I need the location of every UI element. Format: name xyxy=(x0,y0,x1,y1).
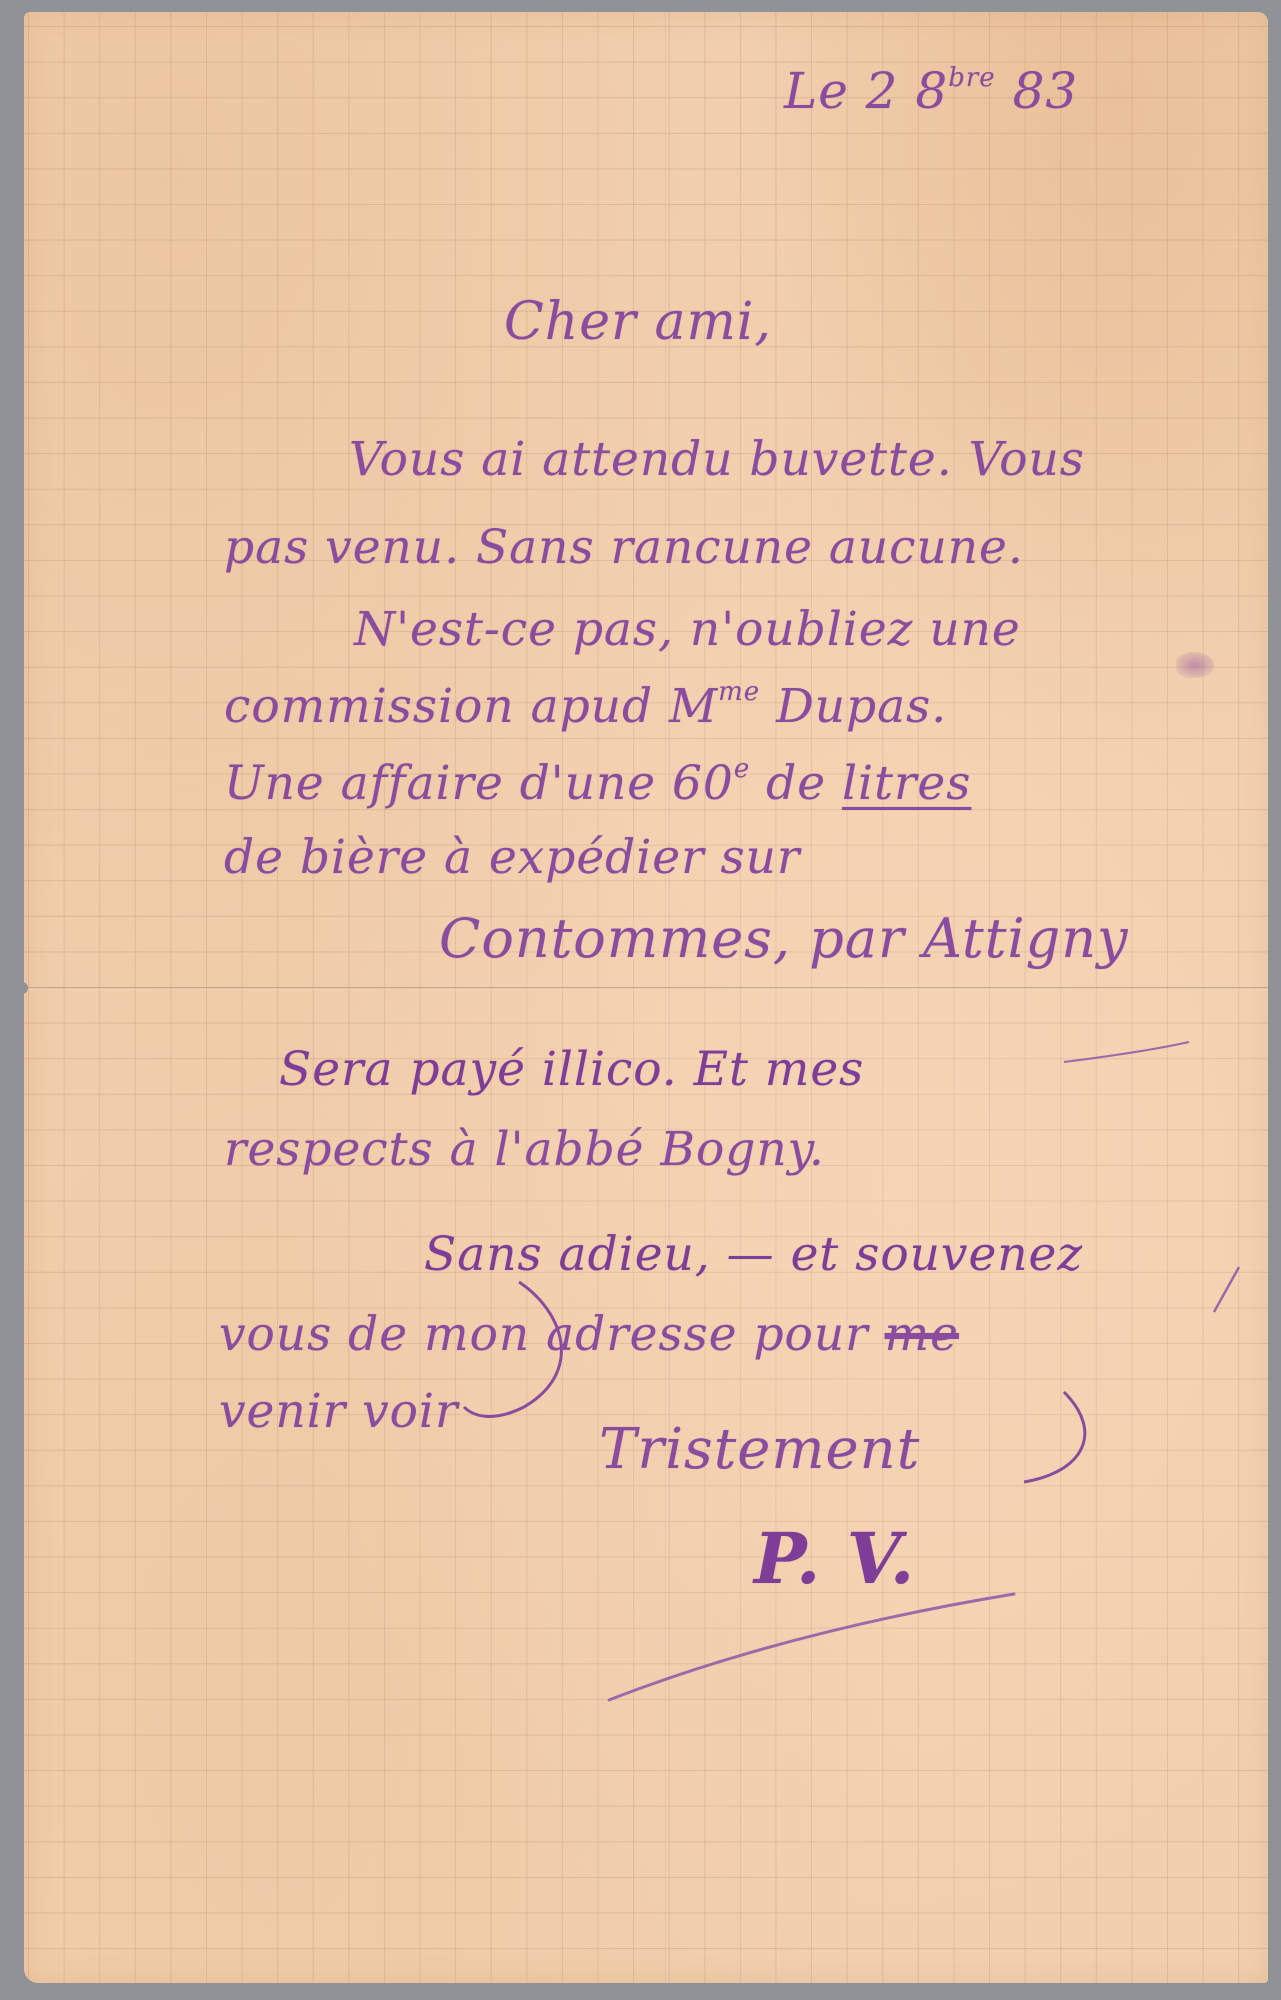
venir-voir-bracket xyxy=(464,1282,561,1416)
insertion-caret xyxy=(1214,1267,1239,1312)
closing-bracket xyxy=(1024,1392,1085,1482)
signature-flourish xyxy=(609,1594,1014,1700)
pen-flourishes xyxy=(24,12,1268,1983)
letter-paper: Le 2 8bre 83 Cher ami, Vous ai attendu b… xyxy=(24,12,1268,1983)
line-tail xyxy=(1064,1042,1189,1062)
